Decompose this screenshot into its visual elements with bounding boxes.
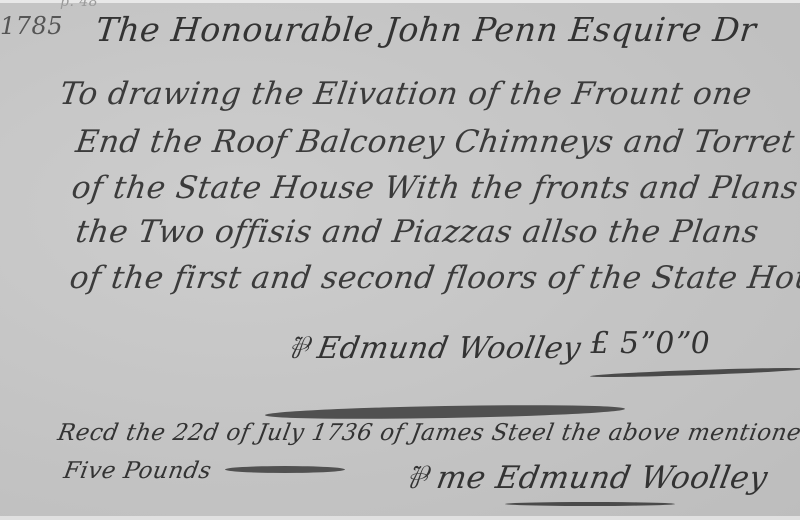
top-edge [0, 0, 800, 3]
receipt-line-1: Recd the 22d of July 1736 of James Steel… [56, 420, 800, 446]
amount-total: £ 5”0”0 [587, 326, 713, 361]
document-page: p. 48 1785 The Honourable John Penn Esqu… [0, 0, 800, 520]
receipt-line-2: Five Pounds [62, 458, 214, 484]
year-margin: 1785 [0, 12, 63, 40]
amount-underline-flourish [590, 366, 800, 379]
body-line-5: of the first and second floors of the St… [67, 260, 800, 296]
document-header: The Honourable John Penn Esquire Dr [94, 10, 758, 49]
body-line-2: End the Roof Balconey Chimneys and Torre… [73, 124, 796, 160]
receipt-flourish [225, 466, 345, 473]
body-line-1: To drawing the Elivation of the Frount o… [57, 76, 754, 112]
bottom-edge [0, 516, 800, 520]
margin-note: p. 48 [60, 0, 98, 10]
body-line-4: the Two offisis and Piazzas allso the Pl… [73, 214, 761, 250]
body-line-3: of the State House With the fronts and P… [69, 170, 800, 206]
signature-receipt: ⅌ me Edmund Woolley [402, 456, 771, 498]
signature-underline [505, 502, 675, 506]
signature-flourish [265, 403, 625, 421]
signature-edmund-woolley: ⅌ Edmund Woolley [284, 326, 584, 367]
